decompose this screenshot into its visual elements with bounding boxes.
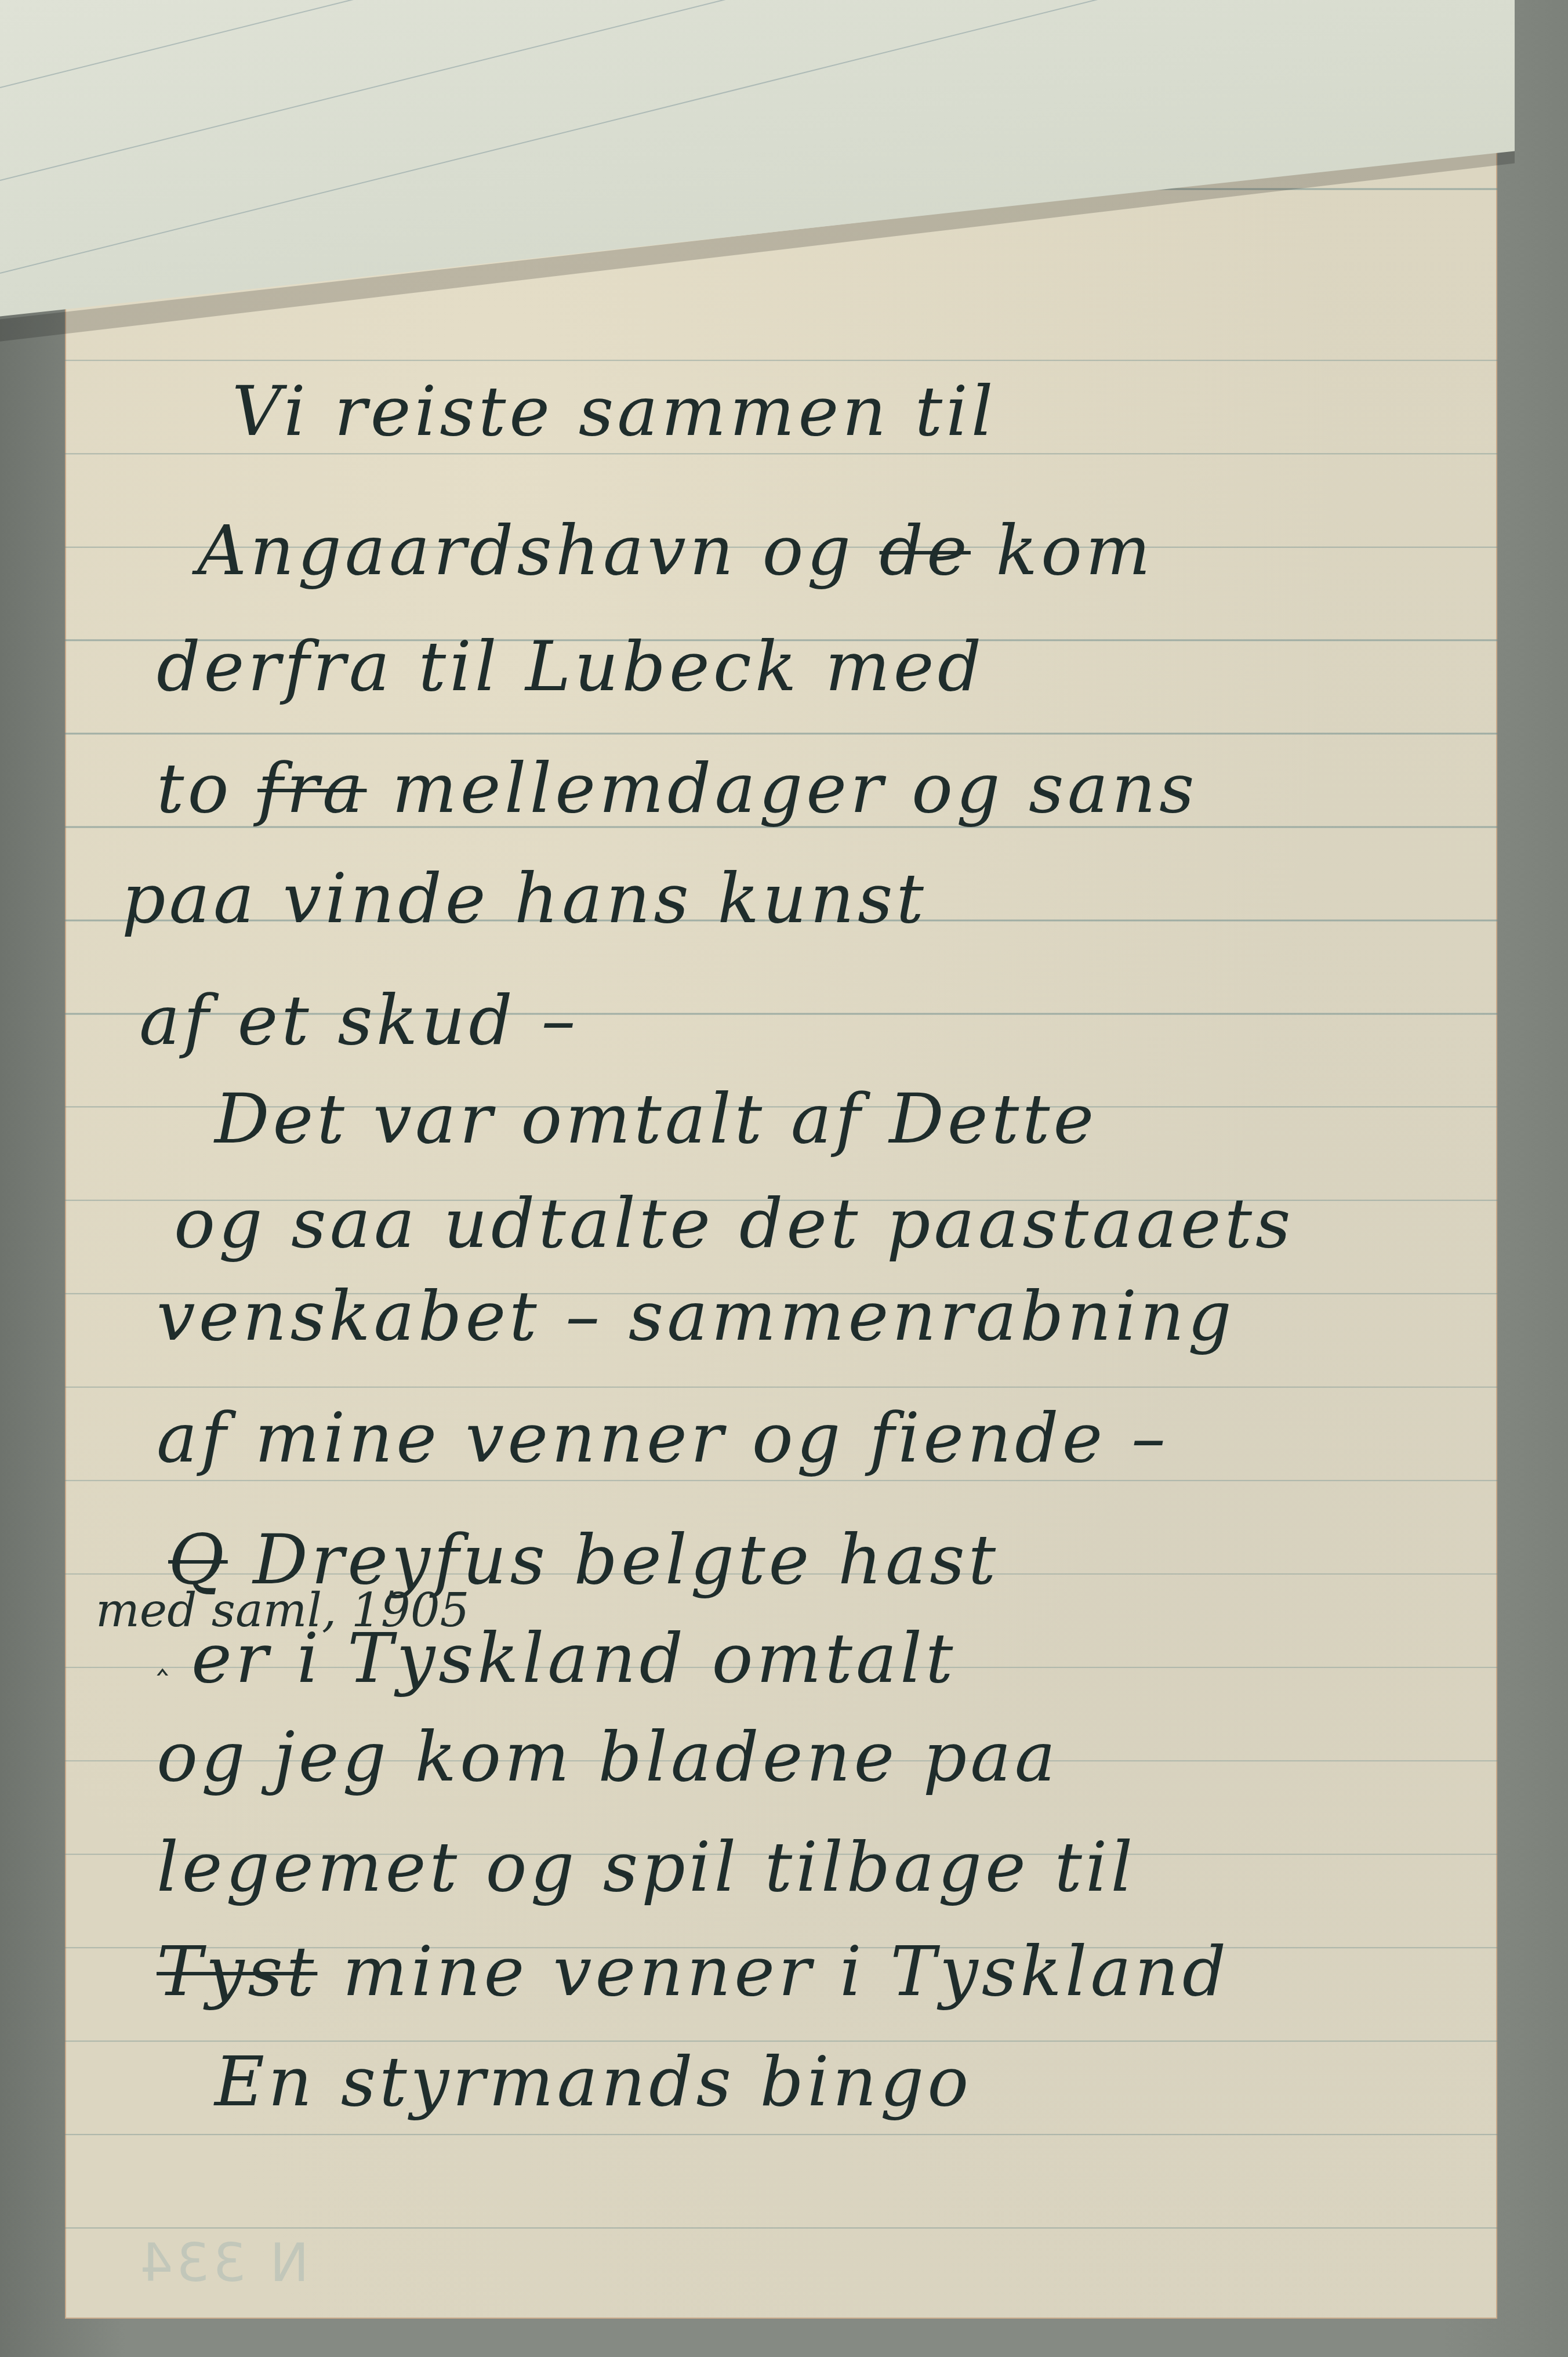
line-text: og saa udtalte det paastaaets	[174, 1183, 1294, 1263]
line-text: mine venner i Tyskland	[343, 1931, 1230, 2011]
folded-sheet-ruled-line	[0, 0, 1519, 181]
handwritten-line-15: Tyst mine venner i Tyskland	[157, 1931, 1229, 2011]
line-text: venskabet – sammenrabning	[157, 1276, 1235, 1356]
line-text: paa vinde hans kunst	[122, 858, 927, 938]
handwritten-line-6: af et skud –	[139, 980, 579, 1060]
line-text: to	[157, 748, 232, 828]
bleed-through-mark: N 334	[136, 2233, 309, 2294]
line-text: Det var omtalt af Dette	[215, 1079, 1097, 1159]
handwritten-line-2: Angaardshavn og de kom	[197, 510, 1154, 590]
line-text: En styrmands bingo	[215, 2041, 972, 2122]
handwritten-line-13: og jeg kom bladene paa	[157, 1717, 1059, 1797]
folded-sheet-ruled-line	[0, 0, 1519, 88]
handwritten-line-5: paa vinde hans kunst	[122, 858, 927, 938]
line-text: derfra til Lubeck med	[157, 626, 985, 706]
struck-text: Tyst	[157, 1931, 317, 2011]
line-text: og jeg kom bladene paa	[157, 1717, 1059, 1797]
handwritten-line-10: af mine venner og fiende –	[157, 1398, 1169, 1478]
handwritten-line-4: to fra mellemdager og sans	[157, 748, 1198, 828]
handwritten-line-3: derfra til Lubeck med	[157, 626, 985, 706]
line-text: af mine venner og fiende –	[157, 1398, 1169, 1478]
handwritten-line-1: Vi reiste sammen til	[232, 371, 997, 451]
line-text: Vi reiste sammen til	[232, 371, 997, 451]
line-text: mellemdager og sans	[392, 748, 1198, 828]
handwritten-line-14: legemet og spil tilbage til	[157, 1827, 1136, 1907]
handwritten-line-16: En styrmands bingo	[215, 2041, 972, 2122]
insertion-caret: ‸	[157, 1636, 168, 1676]
struck-text: de	[880, 510, 971, 590]
handwritten-line-9: venskabet – sammenrabning	[157, 1276, 1235, 1356]
handwritten-line-7: Det var omtalt af Dette	[215, 1079, 1097, 1159]
line-text: legemet og spil tilbage til	[157, 1827, 1136, 1907]
line-text: kom	[996, 510, 1153, 590]
handwritten-line-12: er i Tyskland omtalt	[191, 1618, 956, 1698]
line-text: er i Tyskland omtalt	[191, 1618, 956, 1698]
handwritten-line-8: og saa udtalte det paastaaets	[174, 1183, 1294, 1263]
line-text: Angaardshavn og	[197, 510, 854, 590]
struck-text: fra	[257, 748, 366, 828]
line-text: af et skud –	[139, 980, 579, 1060]
